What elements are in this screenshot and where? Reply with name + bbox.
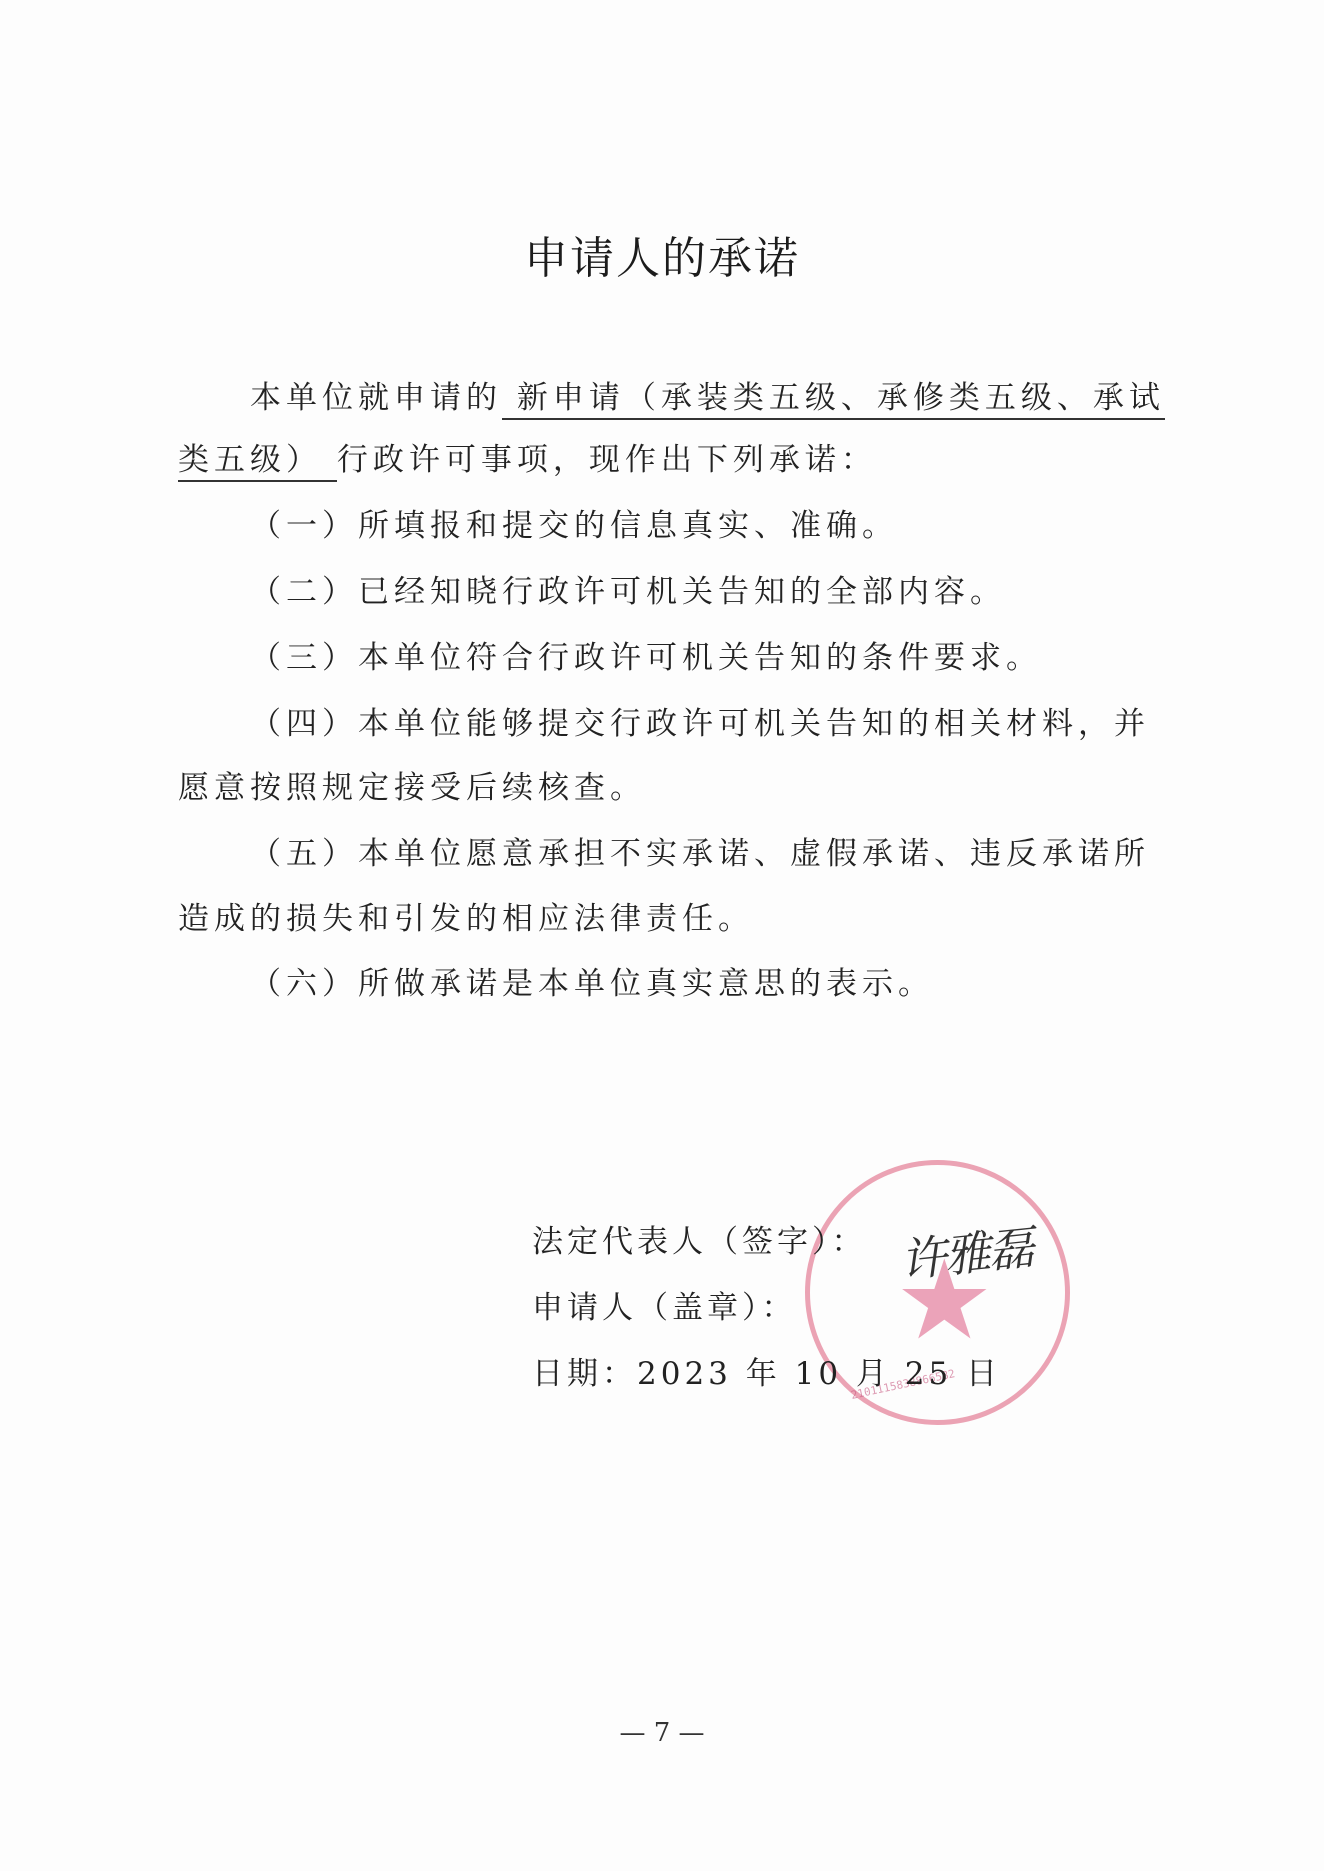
date-label: 日期： bbox=[532, 1356, 637, 1392]
applicant-seal-label: 申请人（盖章）： bbox=[532, 1282, 797, 1327]
commitment-label: （二） bbox=[250, 574, 358, 610]
intro-prefix: 本单位就申请的 bbox=[250, 380, 502, 416]
commitment-4-cont: 愿意按照规定接受后续核查。 bbox=[178, 762, 646, 807]
date-value: 2023 年 10 月 25 日 bbox=[637, 1356, 1001, 1392]
commitment-label: （六） bbox=[250, 966, 358, 1002]
commitment-text: 本单位愿意承担不实承诺、虚假承诺、违反承诺所 bbox=[358, 836, 1150, 872]
commitment-label: （四） bbox=[250, 706, 358, 742]
commitment-5: （五）本单位愿意承担不实承诺、虚假承诺、违反承诺所 bbox=[250, 828, 1150, 873]
commitment-text: 本单位能够提交行政许可机关告知的相关材料，并 bbox=[358, 706, 1150, 742]
handwritten-signature: 许雅磊 bbox=[897, 1211, 1035, 1290]
legal-rep-label: 法定代表人（签字）： bbox=[532, 1216, 867, 1261]
date-line: 日期：2023 年 10 月 25 日 bbox=[532, 1348, 1001, 1393]
commitment-3: （三）本单位符合行政许可机关告知的条件要求。 bbox=[250, 632, 1042, 677]
application-item-underlined-cont: 类五级） bbox=[178, 442, 337, 482]
document-title: 申请人的承诺 bbox=[0, 222, 1324, 286]
intro-line-1: 本单位就申请的 新申请（承装类五级、承修类五级、承试 bbox=[250, 372, 1165, 417]
commitment-label: （五） bbox=[250, 836, 358, 872]
page-number: — 7 — bbox=[0, 1718, 1324, 1748]
commitment-5-cont: 造成的损失和引发的相应法律责任。 bbox=[178, 893, 754, 938]
commitment-1: （一）所填报和提交的信息真实、准确。 bbox=[250, 500, 898, 545]
commitment-label: （一） bbox=[250, 508, 358, 544]
commitment-6: （六）所做承诺是本单位真实意思的表示。 bbox=[250, 958, 934, 1003]
commitment-text: 所做承诺是本单位真实意思的表示。 bbox=[358, 966, 934, 1002]
commitment-text: 本单位符合行政许可机关告知的条件要求。 bbox=[358, 640, 1042, 676]
intro-suffix: 行政许可事项，现作出下列承诺： bbox=[337, 442, 877, 478]
intro-line-2: 类五级） 行政许可事项，现作出下列承诺： bbox=[178, 434, 877, 479]
commitment-2: （二）已经知晓行政许可机关告知的全部内容。 bbox=[250, 566, 1006, 611]
commitment-4: （四）本单位能够提交行政许可机关告知的相关材料，并 bbox=[250, 698, 1150, 743]
application-item-underlined: 新申请（承装类五级、承修类五级、承试 bbox=[502, 380, 1165, 420]
commitment-label: （三） bbox=[250, 640, 358, 676]
commitment-text: 所填报和提交的信息真实、准确。 bbox=[358, 508, 898, 544]
commitment-text: 已经知晓行政许可机关告知的全部内容。 bbox=[358, 574, 1006, 610]
